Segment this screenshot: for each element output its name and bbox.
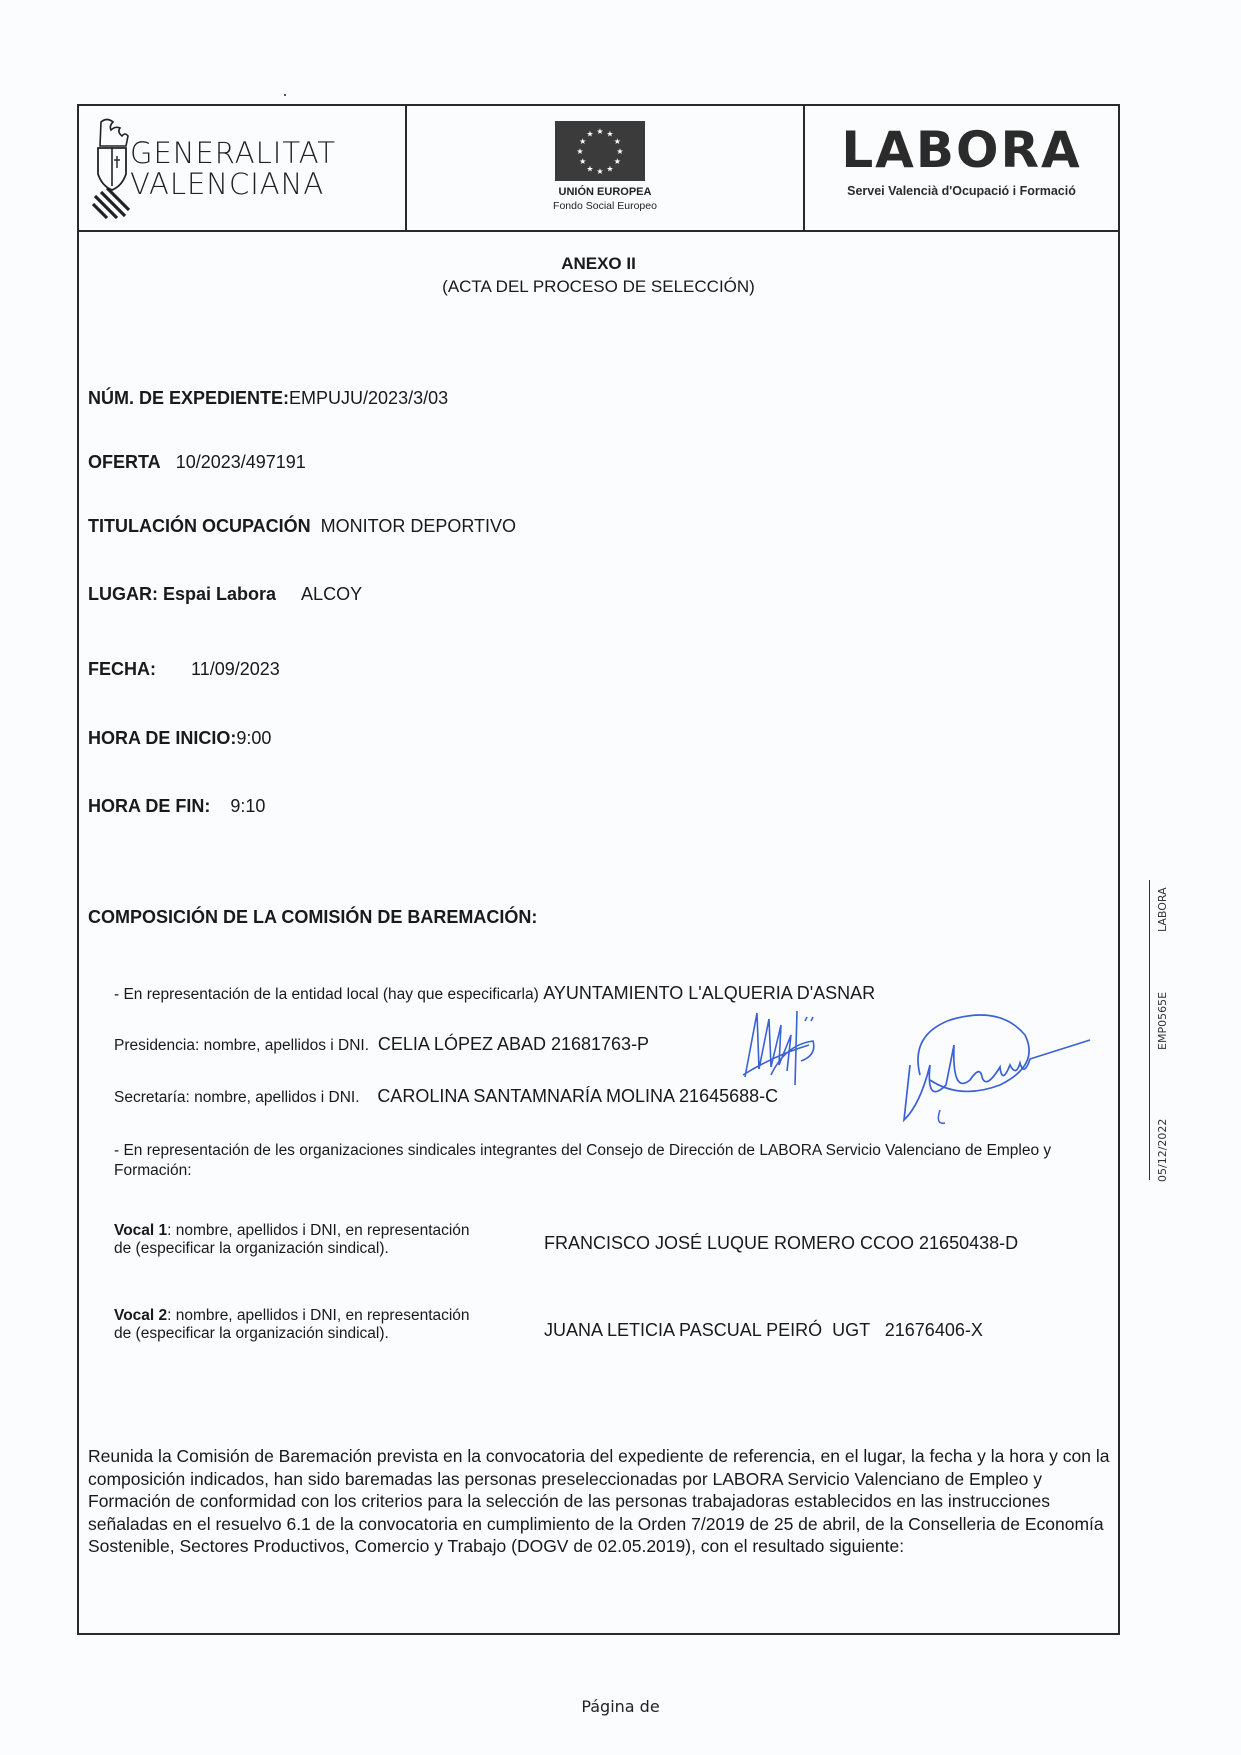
svg-text:★: ★ xyxy=(576,147,583,156)
signature-presidencia xyxy=(735,1005,825,1090)
eu-title: UNIÓN EUROPEA xyxy=(407,186,803,198)
field-fecha: FECHA: 11/09/2023 xyxy=(88,659,280,680)
labora-subtitle: Servei Valencià d'Ocupació i Formació xyxy=(805,184,1118,198)
generalitat-logo: GENERALITAT VALENCIANA xyxy=(77,104,407,230)
page-footer: Página de xyxy=(0,1697,1241,1716)
field-expediente: NÚM. DE EXPEDIENTE:EMPUJU/2023/3/03 xyxy=(88,388,448,409)
document-title: (ACTA DEL PROCESO DE SELECCIÓN) xyxy=(77,277,1120,297)
labora-wordmark: LABORA xyxy=(805,122,1118,178)
side-stamp-date: 05/12/2022 xyxy=(1156,1119,1169,1182)
vocal-2-label: Vocal 2: nombre, apellidos i DNI, en rep… xyxy=(114,1307,470,1343)
generalitat-wordmark: GENERALITAT VALENCIANA xyxy=(130,138,336,200)
eu-subtitle: Fondo Social Europeo xyxy=(407,200,803,212)
svg-text:★: ★ xyxy=(616,147,623,156)
document-frame xyxy=(77,104,1120,1635)
field-hora-fin: HORA DE FIN: 9:10 xyxy=(88,796,265,817)
svg-text:★: ★ xyxy=(614,137,621,146)
vocal-1-label: Vocal 1: nombre, apellidos i DNI, en rep… xyxy=(114,1222,470,1258)
svg-text:★: ★ xyxy=(579,157,586,166)
side-stamp-code: EMP0565E xyxy=(1156,992,1169,1050)
svg-text:★: ★ xyxy=(606,130,613,139)
field-titulacion: TITULACIÓN OCUPACIÓN MONITOR DEPORTIVO xyxy=(88,516,516,537)
entidad-row: - En representación de la entidad local … xyxy=(114,983,875,1004)
svg-text:★: ★ xyxy=(614,157,621,166)
svg-text:★: ★ xyxy=(596,167,603,176)
svg-text:★: ★ xyxy=(579,137,586,146)
signature-secretaria xyxy=(890,1005,1100,1130)
scan-speck xyxy=(284,94,286,96)
field-lugar: LUGAR: Espai Labora ALCOY xyxy=(88,584,362,605)
svg-text:★: ★ xyxy=(586,130,593,139)
vocal-2-value: JUANA LETICIA PASCUAL PEIRÓ UGT 21676406… xyxy=(544,1320,983,1341)
field-hora-inicio: HORA DE INICIO:9:00 xyxy=(88,728,271,749)
presidencia-row: Presidencia: nombre, apellidos i DNI. CE… xyxy=(114,1034,649,1055)
comision-heading: COMPOSICIÓN DE LA COMISIÓN DE BAREMACIÓN… xyxy=(88,907,537,928)
field-oferta: OFERTA 10/2023/497191 xyxy=(88,452,306,473)
svg-text:★: ★ xyxy=(606,164,613,173)
coat-of-arms-icon xyxy=(91,116,133,221)
eu-logo: ★★★★★★★★★★★★ UNIÓN EUROPEA Fondo Social … xyxy=(407,104,805,230)
secretaria-row: Secretaría: nombre, apellidos i DNI. CAR… xyxy=(114,1086,778,1107)
side-stamp-org: LABORA xyxy=(1156,887,1169,932)
header-logos: GENERALITAT VALENCIANA ★★★★★★★★★★★★ UNIÓ… xyxy=(77,104,1120,232)
svg-text:★: ★ xyxy=(586,164,593,173)
labora-logo: LABORA Servei Valencià d'Ocupació i Form… xyxy=(805,104,1118,230)
result-paragraph: Reunida la Comisión de Baremación previs… xyxy=(88,1445,1118,1558)
svg-text:★: ★ xyxy=(596,127,603,136)
eu-flag-icon: ★★★★★★★★★★★★ xyxy=(555,121,645,181)
side-stamp: LABORA EMP0565E 05/12/2022 xyxy=(1149,880,1178,1180)
annex-label: ANEXO II xyxy=(77,254,1120,274)
sindicales-text: - En representación de les organizacione… xyxy=(114,1141,1124,1181)
vocal-1-value: FRANCISCO JOSÉ LUQUE ROMERO CCOO 2165043… xyxy=(544,1233,1018,1254)
